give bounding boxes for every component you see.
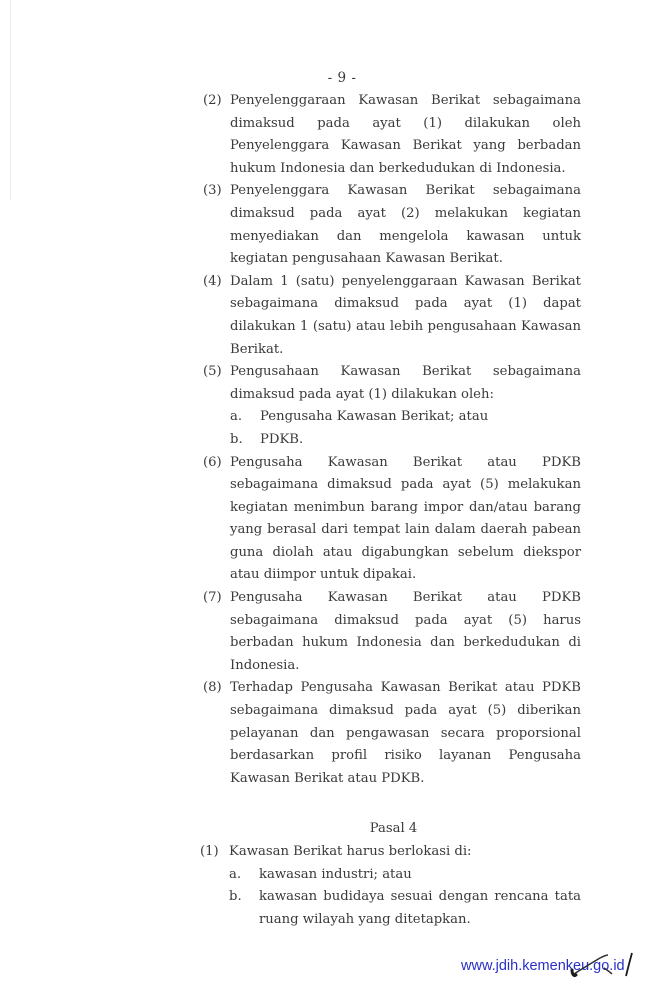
subitem-text: kawasan industri; atau bbox=[259, 864, 581, 887]
document-body: (2) Penyelenggaraan Kawasan Berikat seba… bbox=[200, 90, 581, 931]
scan-edge-line bbox=[10, 0, 11, 200]
subitem-a: a. kawasan industri; atau bbox=[229, 864, 581, 887]
subitem-b: b. PDKB. bbox=[230, 429, 581, 452]
subitem-letter: b. bbox=[230, 429, 260, 452]
clause-number: (1) bbox=[200, 841, 229, 931]
clause-text: Pengusaha Kawasan Berikat atau PDKB seba… bbox=[230, 452, 581, 588]
clause-number: (3) bbox=[200, 180, 230, 270]
pasal-heading: Pasal 4 bbox=[200, 818, 581, 841]
subitem-letter: b. bbox=[229, 886, 259, 931]
subitem-b: b. kawasan budidaya sesuai dengan rencan… bbox=[229, 886, 581, 931]
clause-text: Penyelenggara Kawasan Berikat sebagaiman… bbox=[230, 180, 581, 270]
subitem-text: Pengusaha Kawasan Berikat; atau bbox=[260, 406, 581, 429]
clause-number: (8) bbox=[200, 677, 230, 790]
clause-number: (7) bbox=[200, 587, 230, 677]
clause-number: (2) bbox=[200, 90, 230, 180]
clause-2: (2) Penyelenggaraan Kawasan Berikat seba… bbox=[200, 90, 581, 180]
pasal-4-section: Pasal 4 (1) Kawasan Berikat harus berlok… bbox=[200, 818, 581, 931]
signature-initial-icon bbox=[560, 948, 640, 984]
clause-number: (6) bbox=[200, 452, 230, 588]
clause-number: (5) bbox=[200, 361, 230, 451]
clause-3: (3) Penyelenggara Kawasan Berikat sebaga… bbox=[200, 180, 581, 270]
subitem-letter: a. bbox=[229, 864, 259, 887]
clause-text: Kawasan Berikat harus berlokasi di: bbox=[229, 841, 581, 864]
clause-5: (5) Pengusahaan Kawasan Berikat sebagaim… bbox=[200, 361, 581, 451]
clause-text: Penyelenggaraan Kawasan Berikat sebagaim… bbox=[230, 90, 581, 180]
pasal4-clause-1: (1) Kawasan Berikat harus berlokasi di: … bbox=[200, 841, 581, 931]
clause-text: Dalam 1 (satu) penyelenggaraan Kawasan B… bbox=[230, 271, 581, 361]
clause-text: Pengusahaan Kawasan Berikat sebagaimana … bbox=[230, 361, 581, 406]
clause-text: Pengusaha Kawasan Berikat atau PDKB seba… bbox=[230, 587, 581, 677]
clause-number: (4) bbox=[200, 271, 230, 361]
subitem-a: a. Pengusaha Kawasan Berikat; atau bbox=[230, 406, 581, 429]
subitem-text: PDKB. bbox=[260, 429, 581, 452]
page-number: - 9 - bbox=[0, 70, 654, 86]
clause-text: Terhadap Pengusaha Kawasan Berikat atau … bbox=[230, 677, 581, 790]
clause-8: (8) Terhadap Pengusaha Kawasan Berikat a… bbox=[200, 677, 581, 790]
subitem-text: kawasan budidaya sesuai dengan rencana t… bbox=[259, 886, 581, 931]
subitem-letter: a. bbox=[230, 406, 260, 429]
clause-6: (6) Pengusaha Kawasan Berikat atau PDKB … bbox=[200, 452, 581, 588]
clause-4: (4) Dalam 1 (satu) penyelenggaraan Kawas… bbox=[200, 271, 581, 361]
clause-7: (7) Pengusaha Kawasan Berikat atau PDKB … bbox=[200, 587, 581, 677]
